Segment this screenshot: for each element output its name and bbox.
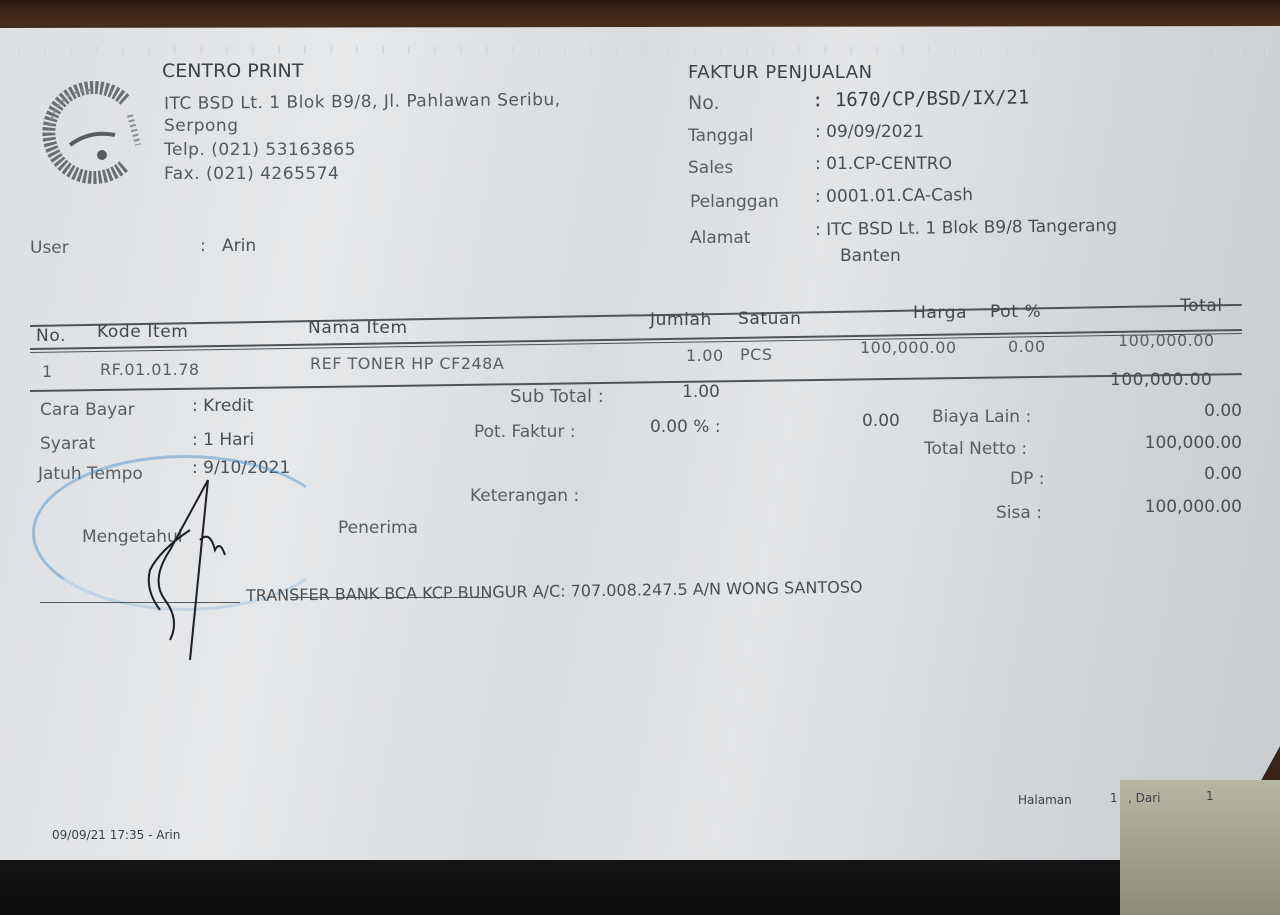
- col-header-discount: Pot %: [990, 302, 1041, 322]
- col-header-qty: Jumlah: [650, 310, 712, 330]
- customer-value: : 0001.01.CA-Cash: [815, 185, 973, 207]
- grand-total: 100,000.00: [1110, 370, 1212, 390]
- page-total: 1: [1206, 789, 1214, 803]
- invoice-no-value: : 1670/CP/BSD/IX/21: [812, 86, 1030, 111]
- perforated-edge: [0, 46, 1280, 54]
- terms-label: Syarat: [40, 434, 95, 454]
- col-header-unit: Satuan: [738, 309, 801, 329]
- down-payment-label: DP :: [1010, 469, 1044, 489]
- col-header-item-name: Nama Item: [308, 318, 408, 338]
- total-netto-label: Total Netto :: [924, 439, 1027, 459]
- row-item-name: REF TONER HP CF248A: [310, 354, 504, 373]
- down-payment-value: 0.00: [1110, 464, 1242, 484]
- other-costs-label: Biaya Lain :: [932, 407, 1031, 427]
- company-address-line2: Serpong: [164, 116, 239, 136]
- address-value-line2: Banten: [840, 246, 901, 266]
- invoice-date-label: Tanggal: [688, 126, 754, 146]
- row-unit: PCS: [740, 345, 772, 364]
- row-item-code: RF.01.01.78: [100, 360, 200, 379]
- page-current: 1: [1110, 791, 1118, 805]
- company-fax: Fax. (021) 4265574: [164, 164, 339, 184]
- company-address-line1: ITC BSD Lt. 1 Blok B9/8, Jl. Pahlawan Se…: [164, 90, 561, 114]
- page-separator: , Dari: [1128, 791, 1161, 805]
- invoice-title: FAKTUR PENJUALAN: [688, 62, 873, 83]
- total-netto-value: 100,000.00: [1110, 433, 1242, 453]
- other-costs-value: 0.00: [1110, 401, 1242, 421]
- col-header-no: No.: [36, 326, 66, 346]
- invoice-discount-label: Pot. Faktur :: [474, 422, 576, 442]
- user-separator: :: [200, 236, 206, 256]
- row-qty: 1.00: [686, 346, 724, 365]
- page-label: Halaman: [1018, 793, 1072, 807]
- terms-value: : 1 Hari: [192, 430, 254, 450]
- handwritten-signature: [130, 470, 240, 660]
- company-phone: Telp. (021) 53163865: [164, 140, 356, 160]
- balance-value: 100,000.00: [1110, 497, 1242, 517]
- sales-label: Sales: [688, 158, 733, 178]
- col-header-total: Total: [1180, 296, 1223, 316]
- sub-total-qty: 1.00: [682, 382, 720, 402]
- receiver-label: Penerima: [338, 518, 418, 538]
- invoice-date-value: : 09/09/2021: [815, 122, 924, 142]
- payment-method-label: Cara Bayar: [40, 400, 135, 420]
- sales-value: : 01.CP-CENTRO: [815, 154, 952, 174]
- row-no: 1: [42, 362, 53, 381]
- invoice-discount-pct: 0.00 % :: [650, 417, 721, 437]
- customer-label: Pelanggan: [690, 192, 779, 212]
- row-price: 100,000.00: [860, 338, 957, 357]
- col-header-price: Harga: [913, 303, 967, 323]
- col-header-item-code: Kode Item: [97, 322, 188, 342]
- row-total: 100,000.00: [1118, 331, 1215, 350]
- print-timestamp: 09/09/21 17:35 - Arin: [52, 828, 180, 842]
- address-value: : ITC BSD Lt. 1 Blok B9/8 Tangerang: [815, 216, 1117, 240]
- user-value: Arin: [222, 236, 256, 256]
- payment-method-value: : Kredit: [192, 396, 254, 416]
- address-label: Alamat: [690, 228, 750, 248]
- company-name: CENTRO PRINT: [162, 60, 303, 82]
- invoice-no-label: No.: [688, 92, 720, 114]
- user-label: User: [30, 238, 69, 258]
- sub-total-label: Sub Total :: [510, 386, 604, 407]
- dark-background: [0, 860, 1280, 915]
- centro-print-logo-icon: [30, 70, 150, 190]
- balance-label: Sisa :: [996, 503, 1042, 523]
- row-discount: 0.00: [1008, 337, 1046, 356]
- notes-label: Keterangan :: [470, 486, 579, 506]
- invoice-discount-amount: 0.00: [862, 411, 900, 431]
